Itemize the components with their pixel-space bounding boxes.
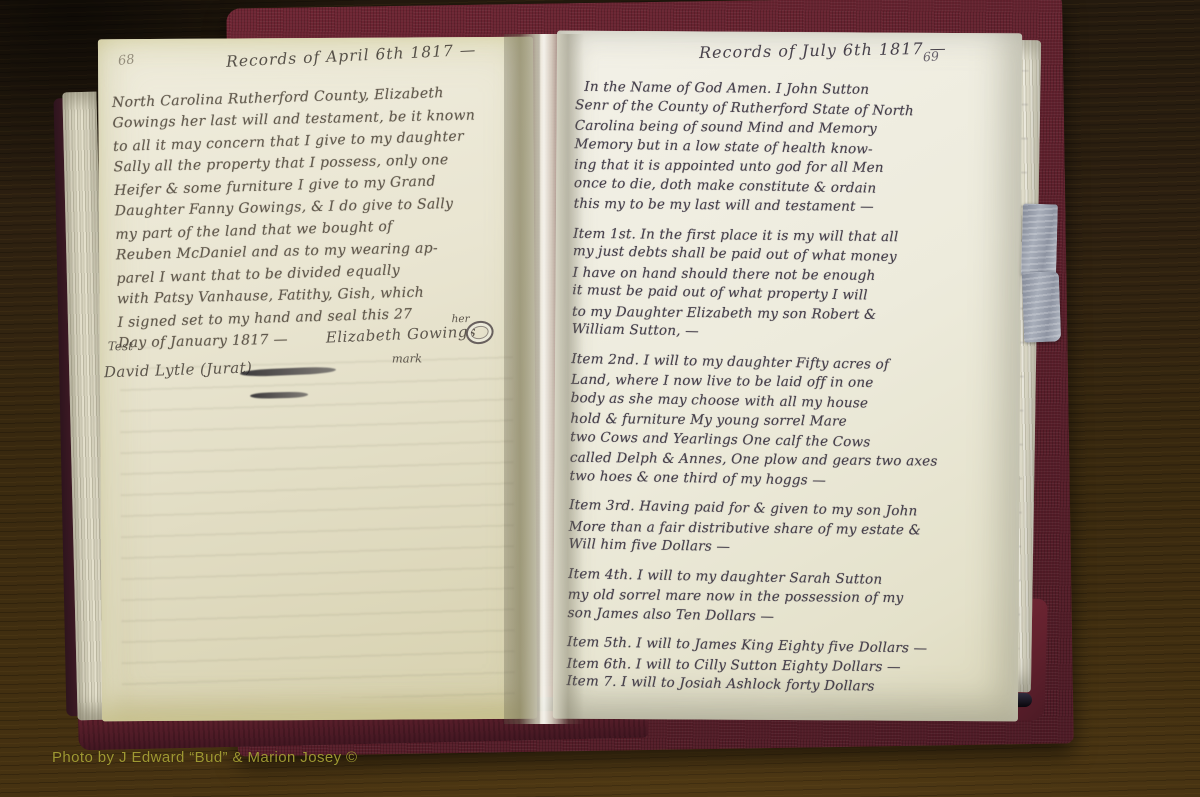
ink-bleedthrough (120, 345, 515, 699)
right-page-handwriting: In the Name of God Amen. I John SuttonSe… (566, 77, 1004, 699)
right-page: 69 Records of July 6th 1817 — In the Nam… (553, 31, 1022, 722)
tape-patch (1021, 204, 1058, 277)
photo-of-record-book: 68 Records of April 6th 1817 — North Car… (0, 0, 1200, 797)
photographer-watermark: Photo by J Edward “Bud” & Marion Josey © (52, 749, 358, 766)
tape-patch (1022, 271, 1061, 342)
book-gutter (504, 34, 584, 724)
left-page-number: 68 (117, 52, 135, 69)
left-page: 68 Records of April 6th 1817 — North Car… (98, 37, 537, 722)
right-page-heading: Records of July 6th 1817 — (699, 38, 999, 62)
left-page-heading: Records of April 6th 1817 — (226, 38, 527, 70)
